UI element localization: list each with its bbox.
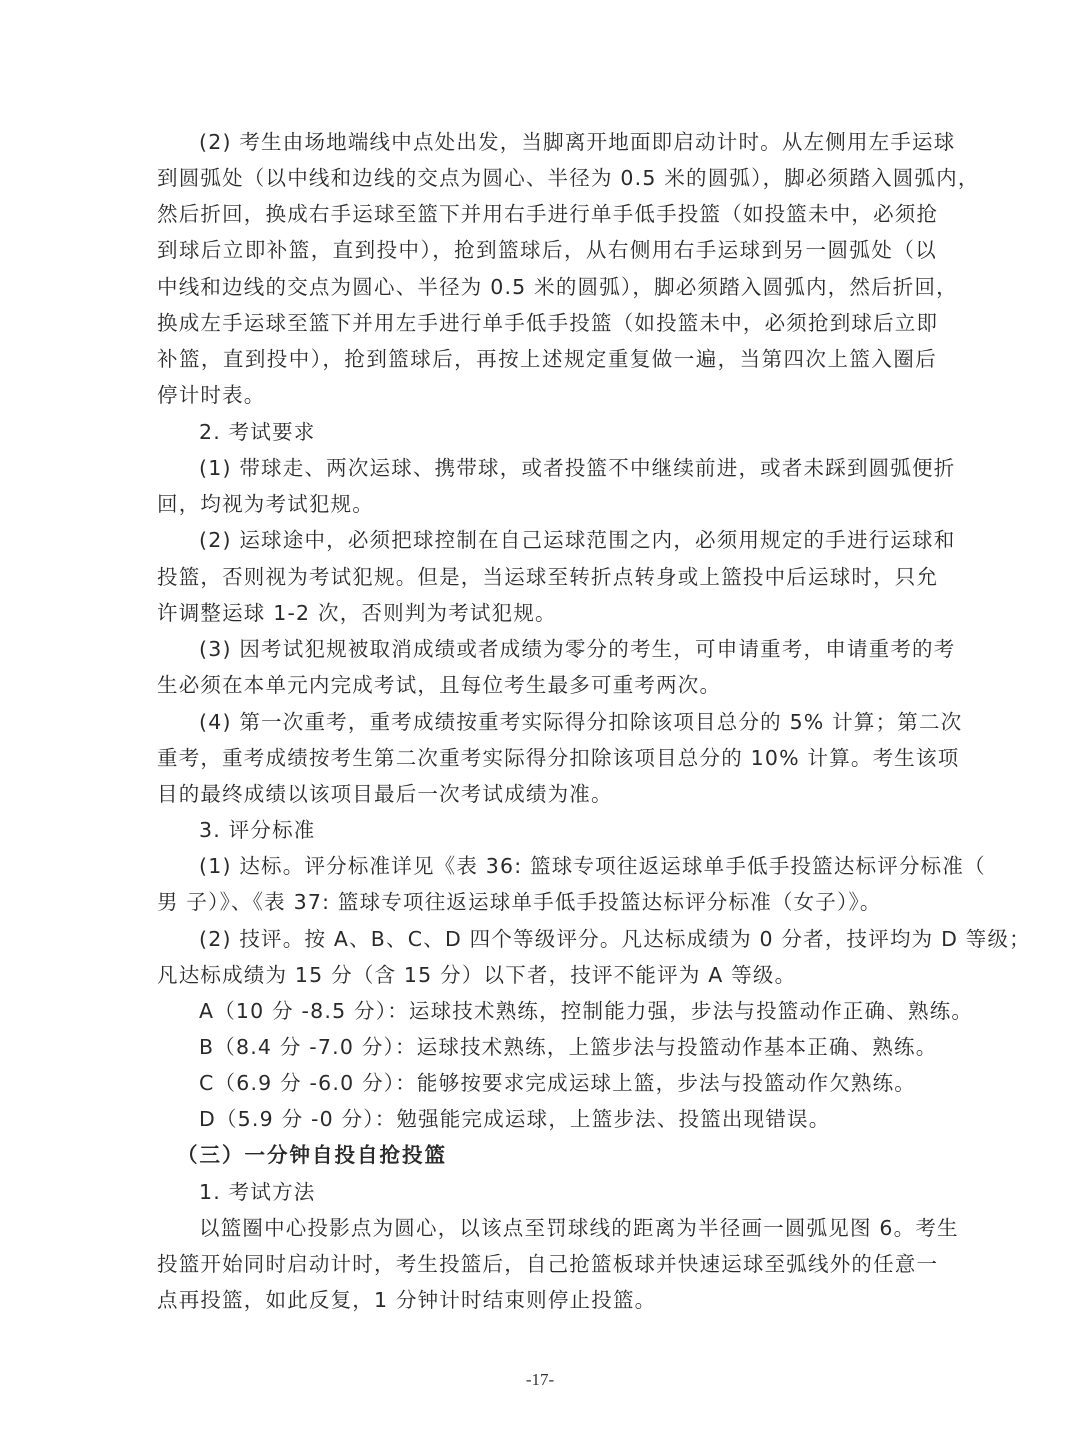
grade-b-line: B（8.4 分 -7.0 分）：运球技术熟练，上篮步法与投篮动作基本正确、熟练。	[199, 1033, 937, 1061]
paragraph-line: 投篮开始同时启动计时，考生投篮后，自己抢篮板球并快速运球至弧线外的任意一	[157, 1250, 937, 1278]
page-number: -17-	[0, 1370, 1080, 1390]
paragraph-line: (4) 第一次重考，重考成绩按重考实际得分扣除该项目总分的 5% 计算；第二次	[199, 708, 937, 736]
section-heading: 3. 评分标准	[199, 816, 937, 844]
paragraph-line: 以篮圈中心投影点为圆心，以该点至罚球线的距离为半径画一圆弧见图 6。考生	[199, 1214, 937, 1242]
paragraph-line: 凡达标成绩为 15 分（含 15 分）以下者，技评不能评为 A 等级。	[157, 961, 937, 989]
paragraph-line: (3) 因考试犯规被取消成绩或者成绩为零分的考生，可申请重考，申请重考的考	[199, 635, 937, 663]
paragraph-line: 目的最终成绩以该项目最后一次考试成绩为准。	[157, 780, 937, 808]
paragraph-line: 点再投篮，如此反复，1 分钟计时结束则停止投篮。	[157, 1286, 937, 1314]
section-heading: 2. 考试要求	[199, 418, 937, 446]
paragraph-line: 重考，重考成绩按考生第二次重考实际得分扣除该项目总分的 10% 计算。考生该项	[157, 744, 937, 772]
grade-a-line: A（10 分 -8.5 分）：运球技术熟练，控制能力强，步法与投篮动作正确、熟练…	[199, 997, 937, 1025]
grade-c-line: C（6.9 分 -6.0 分）：能够按要求完成运球上篮，步法与投篮动作欠熟练。	[199, 1069, 937, 1097]
paragraph-line: (1) 带球走、两次运球、携带球，或者投篮不中继续前进，或者未踩到圆弧便折	[199, 454, 937, 482]
paragraph-line: 中线和边线的交点为圆心、半径为 0.5 米的圆弧），脚必须踏入圆弧内，然后折回，	[157, 273, 937, 301]
chapter-heading: （三）一分钟自投自抢投篮	[177, 1141, 915, 1169]
paragraph-line: 男 子）》、《表 37: 篮球专项往返运球单手低手投篮达标评分标准（女子）》。	[157, 888, 937, 916]
paragraph-line: 生必须在本单元内完成考试，且每位考生最多可重考两次。	[157, 671, 937, 699]
paragraph-line: 到圆弧处（以中线和边线的交点为圆心、半径为 0.5 米的圆弧），脚必须踏入圆弧内…	[157, 164, 937, 192]
paragraph-line: 停计时表。	[157, 381, 937, 409]
paragraph-line: 换成左手运球至篮下并用左手进行单手低手投篮（如投篮未中，必须抢到球后立即	[157, 309, 937, 337]
paragraph-line: 到球后立即补篮，直到投中），抢到篮球后，从右侧用右手运球到另一圆弧处（以	[157, 236, 937, 264]
paragraph-line: 回，均视为考试犯规。	[157, 490, 937, 518]
paragraph-line: 补篮，直到投中），抢到篮球后，再按上述规定重复做一遍，当第四次上篮入圈后	[157, 345, 937, 373]
paragraph-line: (2) 考生由场地端线中点处出发，当脚离开地面即启动计时。从左侧用左手运球	[199, 128, 937, 156]
paragraph-line: (1) 达标。评分标准详见《表 36: 篮球专项往返运球单手低手投篮达标评分标准…	[199, 852, 937, 880]
paragraph-line: 投篮，否则视为考试犯规。但是，当运球至转折点转身或上篮投中后运球时，只允	[157, 563, 937, 591]
paragraph-line: (2) 技评。按 A、B、C、D 四个等级评分。凡达标成绩为 0 分者，技评均为…	[199, 925, 937, 953]
section-heading: 1. 考试方法	[199, 1178, 937, 1206]
paragraph-line: 然后折回，换成右手运球至篮下并用右手进行单手低手投篮（如投篮未中，必须抢	[157, 200, 937, 228]
paragraph-line: (2) 运球途中，必须把球控制在自己运球范围之内，必须用规定的手进行运球和	[199, 526, 937, 554]
paragraph-line: 许调整运球 1-2 次，否则判为考试犯规。	[157, 599, 937, 627]
grade-d-line: D（5.9 分 -0 分）：勉强能完成运球，上篮步法、投篮出现错误。	[199, 1105, 937, 1133]
